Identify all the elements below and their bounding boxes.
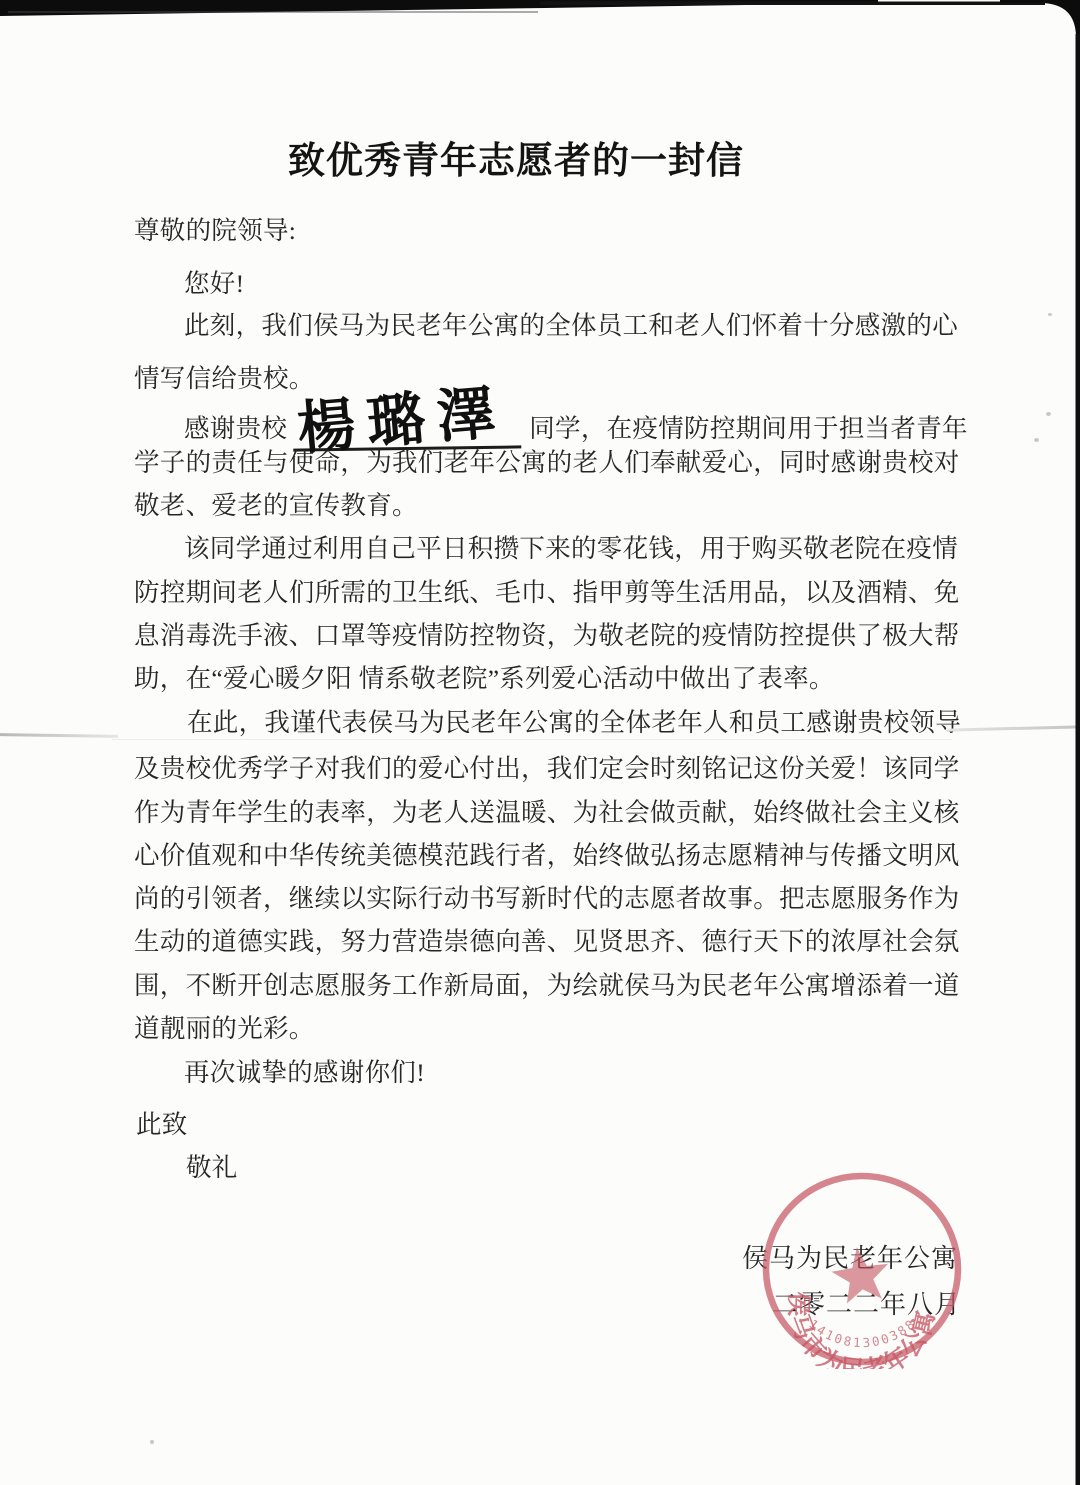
letter-line: 此致 — [136, 1110, 188, 1140]
scan-speck — [1048, 313, 1052, 316]
handwritten-name: 楊璐澤 — [297, 398, 508, 441]
handwritten-name-underline: 楊璐澤 — [293, 402, 522, 451]
scan-crease-left — [0, 733, 118, 738]
letter-line: 心价值观和中华传统美德模范践行者，始终做弘扬志愿精神与传播文明风 — [134, 841, 960, 871]
official-stamp: 侯马市为民老年公寓 1410813003880 — [761, 1171, 963, 1369]
stamp-arc-text: 侯马市为民老年公寓 — [784, 1291, 941, 1369]
signature-suffix: 同学，在疫情防控期间用于担当者青年 — [529, 414, 968, 443]
letter-line: 再次诚挚的感谢你们! — [184, 1058, 425, 1088]
letter-line: 及贵校优秀学子对我们的爱心付出，我们定会时刻铭记这份关爱！该同学 — [134, 754, 960, 784]
letter-line: 此刻，我们侯马为民老年公寓的全体员工和老人们怀着十分感激的心 — [184, 311, 958, 341]
letter-line: 敬礼 — [186, 1153, 238, 1183]
signature-line: 感谢贵校楊璐澤同学，在疫情防控期间用于担当者青年 — [184, 404, 968, 450]
signature-prefix: 感谢贵校 — [184, 414, 287, 443]
letter-line: 息消毒洗手液、口罩等疫情防控物资，为敬老院的疫情防控提供了极大帮 — [134, 621, 960, 651]
svg-text:侯马市为民老年公寓: 侯马市为民老年公寓 — [784, 1291, 941, 1369]
letter-line: 该同学通过利用自己平日积攒下来的零花钱，用于购买敬老院在疫情 — [184, 534, 958, 564]
scan-speck — [1034, 438, 1039, 442]
letter-line: 作为青年学生的表率，为老人送温暖、为社会做贡献，始终做社会主义核 — [134, 798, 960, 828]
letter-line: 尊敬的院领导: — [134, 216, 296, 246]
scan-crease-middle — [112, 739, 952, 740]
scan-speck — [1046, 412, 1051, 416]
letter-line: 尚的引领者，继续以实际行动书写新时代的志愿者故事。把志愿服务作为 — [134, 884, 960, 914]
letter-title: 致优秀青年志愿者的一封信 — [288, 130, 744, 184]
letter-line: 道靓丽的光彩。 — [134, 1014, 315, 1044]
scan-crease-right — [948, 725, 1080, 731]
scan-speck — [150, 1440, 154, 1444]
letter-line: 在此，我谨代表侯马为民老年公寓的全体老年人和员工感谢贵校领导 — [187, 708, 961, 738]
letter-line: 围，不断开创志愿服务工作新局面，为绘就侯马为民老年公寓增添着一道 — [134, 971, 960, 1001]
scanned-letter-page: 致优秀青年志愿者的一封信 尊敬的院领导:您好!此刻，我们侯马为民老年公寓的全体员… — [0, 0, 1080, 1485]
letter-line: 防控期间老人们所需的卫生纸、毛巾、指甲剪等生活用品，以及酒精、免 — [134, 578, 960, 608]
letter-line: 敬老、爱老的宣传教育。 — [134, 491, 418, 521]
letter-line: 助，在“爱心暖夕阳 情系敬老院”系列爱心活动中做出了表率。 — [134, 664, 835, 694]
letter-line: 学子的责任与使命，为我们老年公寓的老人们奉献爱心，同时感谢贵校对 — [134, 448, 960, 478]
stamp-star-icon — [832, 1247, 889, 1303]
letter-line: 生动的道德实践，努力营造崇德向善、见贤思齐、德行天下的浓厚社会氛 — [134, 927, 960, 957]
letter-line: 情写信给贵校。 — [134, 364, 315, 394]
letter-line: 您好! — [184, 269, 244, 299]
